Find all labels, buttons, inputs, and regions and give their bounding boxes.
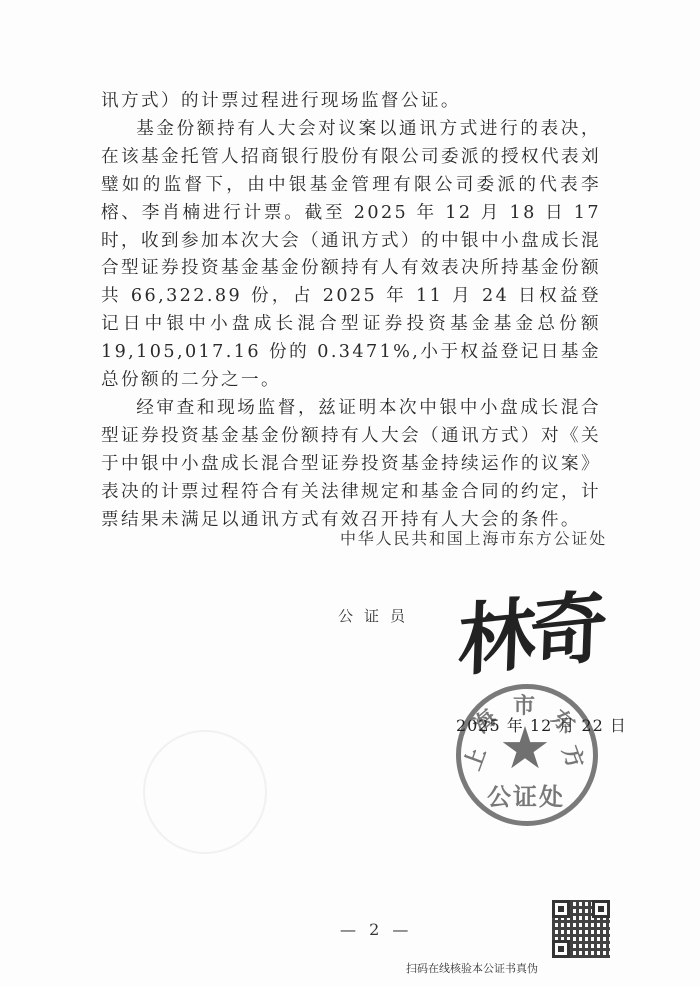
page-number: — 2 — xyxy=(340,920,412,939)
notary-label: 公证员 xyxy=(338,605,416,626)
qr-code-icon[interactable] xyxy=(552,900,610,958)
certification-date: 2025 年 12 月 22 日 xyxy=(456,713,627,736)
paragraph-continuation: 讯方式）的计票过程进行现场监督公证。 xyxy=(101,88,601,116)
paragraph-certification: 经审查和现场监督，兹证明本次中银中小盘成长混合型证券投资基金基金份额持有人大会（… xyxy=(101,395,601,535)
paragraph-vote-count: 基金份额持有人大会对议案以通讯方式进行的表决，在该基金托管人招商银行股份有限公司… xyxy=(101,116,601,395)
document-page: 讯方式）的计票过程进行现场监督公证。 基金份额持有人大会对议案以通讯方式进行的表… xyxy=(0,0,700,987)
qr-finder-icon xyxy=(552,900,570,918)
notary-signature: 林奇 xyxy=(456,564,603,692)
seal-bottom-text: 公证处 xyxy=(487,777,565,812)
seal-char: 上 xyxy=(456,743,493,774)
qr-finder-icon xyxy=(552,940,570,958)
qr-verification-note: 扫码在线核验本公证书真伪 xyxy=(406,960,538,976)
body-text: 讯方式）的计票过程进行现场监督公证。 基金份额持有人大会对议案以通讯方式进行的表… xyxy=(101,88,601,535)
qr-finder-icon xyxy=(592,900,610,918)
notary-office-name: 中华人民共和国上海市东方公证处 xyxy=(340,526,607,549)
embossed-seal xyxy=(143,730,267,854)
official-seal: 海 市 东 方 上 ★ 公证处 xyxy=(456,684,598,826)
seal-char: 方 xyxy=(556,741,593,772)
